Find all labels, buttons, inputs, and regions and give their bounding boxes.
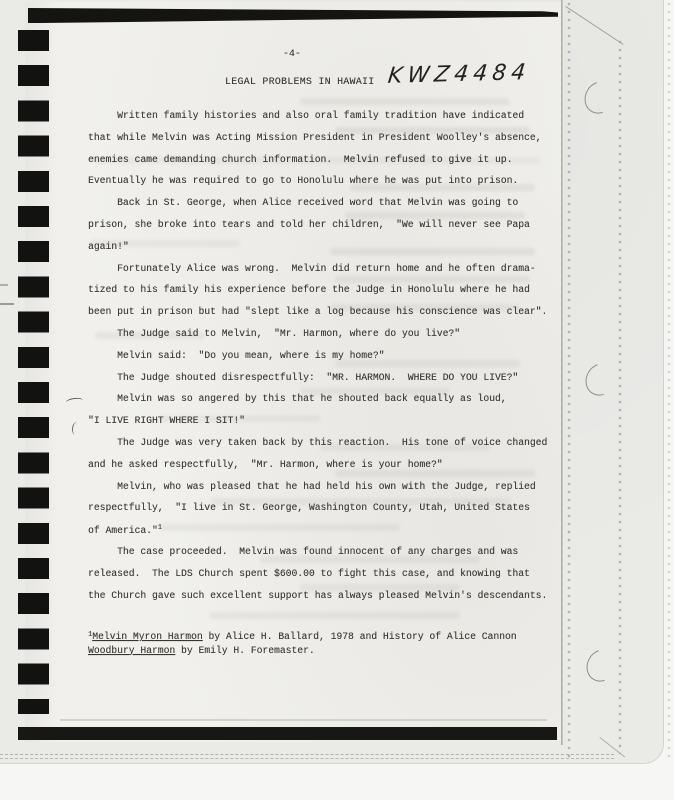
typed-line: prison, she broke into tears and told he… — [88, 219, 547, 241]
footnote-line: 1Melvin Myron Harmon by Alice H. Ballard… — [88, 631, 517, 645]
footnote-source-title: Woodbury Harmon — [88, 645, 175, 656]
typed-line: been put in prison but had "slept like a… — [88, 306, 547, 328]
page-number: -4- — [283, 48, 301, 59]
scan-edge-mark — [0, 303, 14, 305]
typed-line: Melvin was so angered by this that he sh… — [88, 393, 547, 415]
typed-line: Fortunately Alice was wrong. Melvin did … — [88, 263, 547, 285]
typed-line: The Judge was very taken back by this re… — [88, 437, 547, 459]
typed-line: tized to his family his experience befor… — [88, 284, 547, 306]
footnote-source-title: Melvin Myron Harmon — [92, 631, 202, 642]
typed-line: respectfully, "I live in St. George, Was… — [88, 502, 547, 524]
protector-stitch-mid — [617, 38, 623, 754]
typed-line: of America." — [88, 525, 158, 536]
footnote: 1Melvin Myron Harmon by Alice H. Ballard… — [88, 631, 517, 658]
typed-line: enemies came demanding church informatio… — [88, 154, 547, 176]
typed-line: The Judge said to Melvin, "Mr. Harmon, w… — [88, 328, 547, 350]
protector-stitch-inner — [566, 0, 572, 758]
protector-bottom-stitch — [0, 754, 614, 759]
ghost-smudge — [300, 98, 510, 105]
typed-line: Back in St. George, when Alice received … — [88, 197, 547, 219]
typed-line: that while Melvin was Acting Mission Pre… — [88, 132, 547, 154]
typed-line: and he asked respectfully, "Mr. Harmon, … — [88, 459, 547, 481]
bottom-scan-bar — [18, 727, 557, 740]
protector-stitch-outer — [666, 0, 672, 762]
typed-line: Written family histories and also oral f… — [88, 110, 547, 132]
typed-line-with-footnote-ref: of America."1 — [88, 524, 547, 546]
typed-line: The Judge shouted disrespectfully: "MR. … — [88, 372, 547, 394]
typed-body: Written family histories and also oral f… — [88, 110, 547, 611]
typed-line: Melvin, who was pleased that he had held… — [88, 481, 547, 503]
typed-line: The case proceeded. Melvin was found inn… — [88, 546, 547, 568]
scan-edge-mark — [0, 284, 8, 286]
ghost-smudge — [210, 612, 460, 619]
bottom-faint-line — [60, 719, 547, 721]
typed-line: Eventually he was required to go to Hono… — [88, 175, 547, 197]
footnote-text: by Emily H. Foremaster. — [175, 645, 315, 656]
footnote-line: Woodbury Harmon by Emily H. Foremaster. — [88, 645, 517, 659]
typed-line: again!" — [88, 241, 547, 263]
typed-line: Melvin said: "Do you mean, where is my h… — [88, 350, 547, 372]
footnote-text: by Alice H. Ballard, 1978 and History of… — [203, 631, 517, 642]
footnote-reference: 1 — [158, 524, 162, 532]
typed-line: "I LIVE RIGHT WHERE I SIT!" — [88, 415, 547, 437]
section-title: LEGAL PROBLEMS IN HAWAII — [225, 76, 374, 87]
page-right-edge — [561, 0, 563, 745]
comb-binding — [18, 30, 49, 714]
typed-line: the Church gave such excellent support h… — [88, 590, 547, 612]
handwritten-annotation: KWZ4484 — [387, 60, 532, 89]
typed-line: released. The LDS Church spent $600.00 t… — [88, 568, 547, 590]
